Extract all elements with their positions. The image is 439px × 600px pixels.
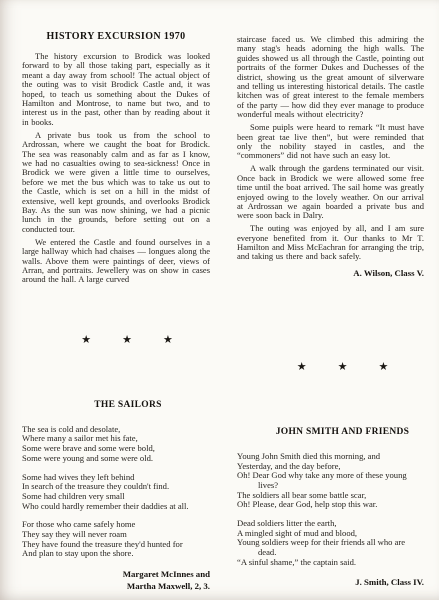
star-icon: ★ — [81, 335, 91, 346]
article-paragraph: staircase faced us. We climbed this admi… — [237, 35, 424, 120]
magazine-page: HISTORY EXCURSION 1970 The history excur… — [0, 0, 439, 600]
poem-stanza: For those who came safely home They say … — [22, 520, 210, 559]
article-paragraph: The outing was enjoyed by all, and I am … — [237, 224, 424, 262]
star-icon: ★ — [378, 362, 388, 373]
poem-line: Who could hardly remember their daddies … — [22, 502, 210, 512]
johnsmith-poem: Young John Smith died this morning, and … — [237, 452, 424, 568]
poem-stanza: Dead soldiers litter the earth, A mingle… — [237, 519, 424, 568]
article-paragraph: A private bus took us from the school to… — [22, 131, 210, 234]
article-paragraph: A walk through the gardens terminated ou… — [237, 164, 424, 220]
attribution-line: Martha Maxwell, 2, 3. — [22, 580, 210, 592]
attribution-line: Margaret McInnes and — [22, 568, 210, 580]
article-paragraph: The history excursion to Brodick was loo… — [22, 52, 210, 127]
poem-stanza: Some had wives they left behind In searc… — [22, 473, 210, 512]
star-icon: ★ — [297, 362, 307, 373]
poem-line: “A sinful shame,” the captain said. — [237, 558, 424, 568]
poem-stanza: Young John Smith died this morning, and … — [237, 452, 424, 510]
poem-line: Some were young and some were old. — [22, 454, 210, 464]
sailors-poem: The sea is cold and desolate, Where many… — [22, 425, 210, 559]
poem-line: Oh! Please, dear God, help stop this war… — [237, 500, 424, 510]
article-paragraph: We entered the Castle and found ourselve… — [22, 238, 210, 285]
article-byline: A. Wilson, Class V. — [237, 268, 424, 278]
two-column-layout: HISTORY EXCURSION 1970 The history excur… — [0, 0, 439, 592]
johnsmith-poem-title: JOHN SMITH AND FRIENDS — [237, 427, 424, 437]
sailors-attribution: Margaret McInnes and Martha Maxwell, 2, … — [22, 568, 210, 592]
article-paragraph: Some puipls were heard to remark “It mus… — [237, 123, 424, 161]
sailors-poem-title: THE SAILORS — [22, 400, 210, 410]
poem-line: And plan to stay upon the shore. — [22, 549, 210, 559]
star-separator: ★ ★ ★ — [22, 335, 210, 346]
johnsmith-byline: J. Smith, Class IV. — [237, 577, 424, 587]
article-title: HISTORY EXCURSION 1970 — [22, 31, 210, 42]
right-column: staircase faced us. We climbed this admi… — [237, 0, 424, 592]
poem-stanza: The sea is cold and desolate, Where many… — [22, 425, 210, 464]
star-separator: ★ ★ ★ — [237, 362, 424, 373]
star-icon: ★ — [122, 335, 132, 346]
star-icon: ★ — [163, 335, 173, 346]
left-column: HISTORY EXCURSION 1970 The history excur… — [22, 0, 210, 592]
star-icon: ★ — [338, 362, 348, 373]
